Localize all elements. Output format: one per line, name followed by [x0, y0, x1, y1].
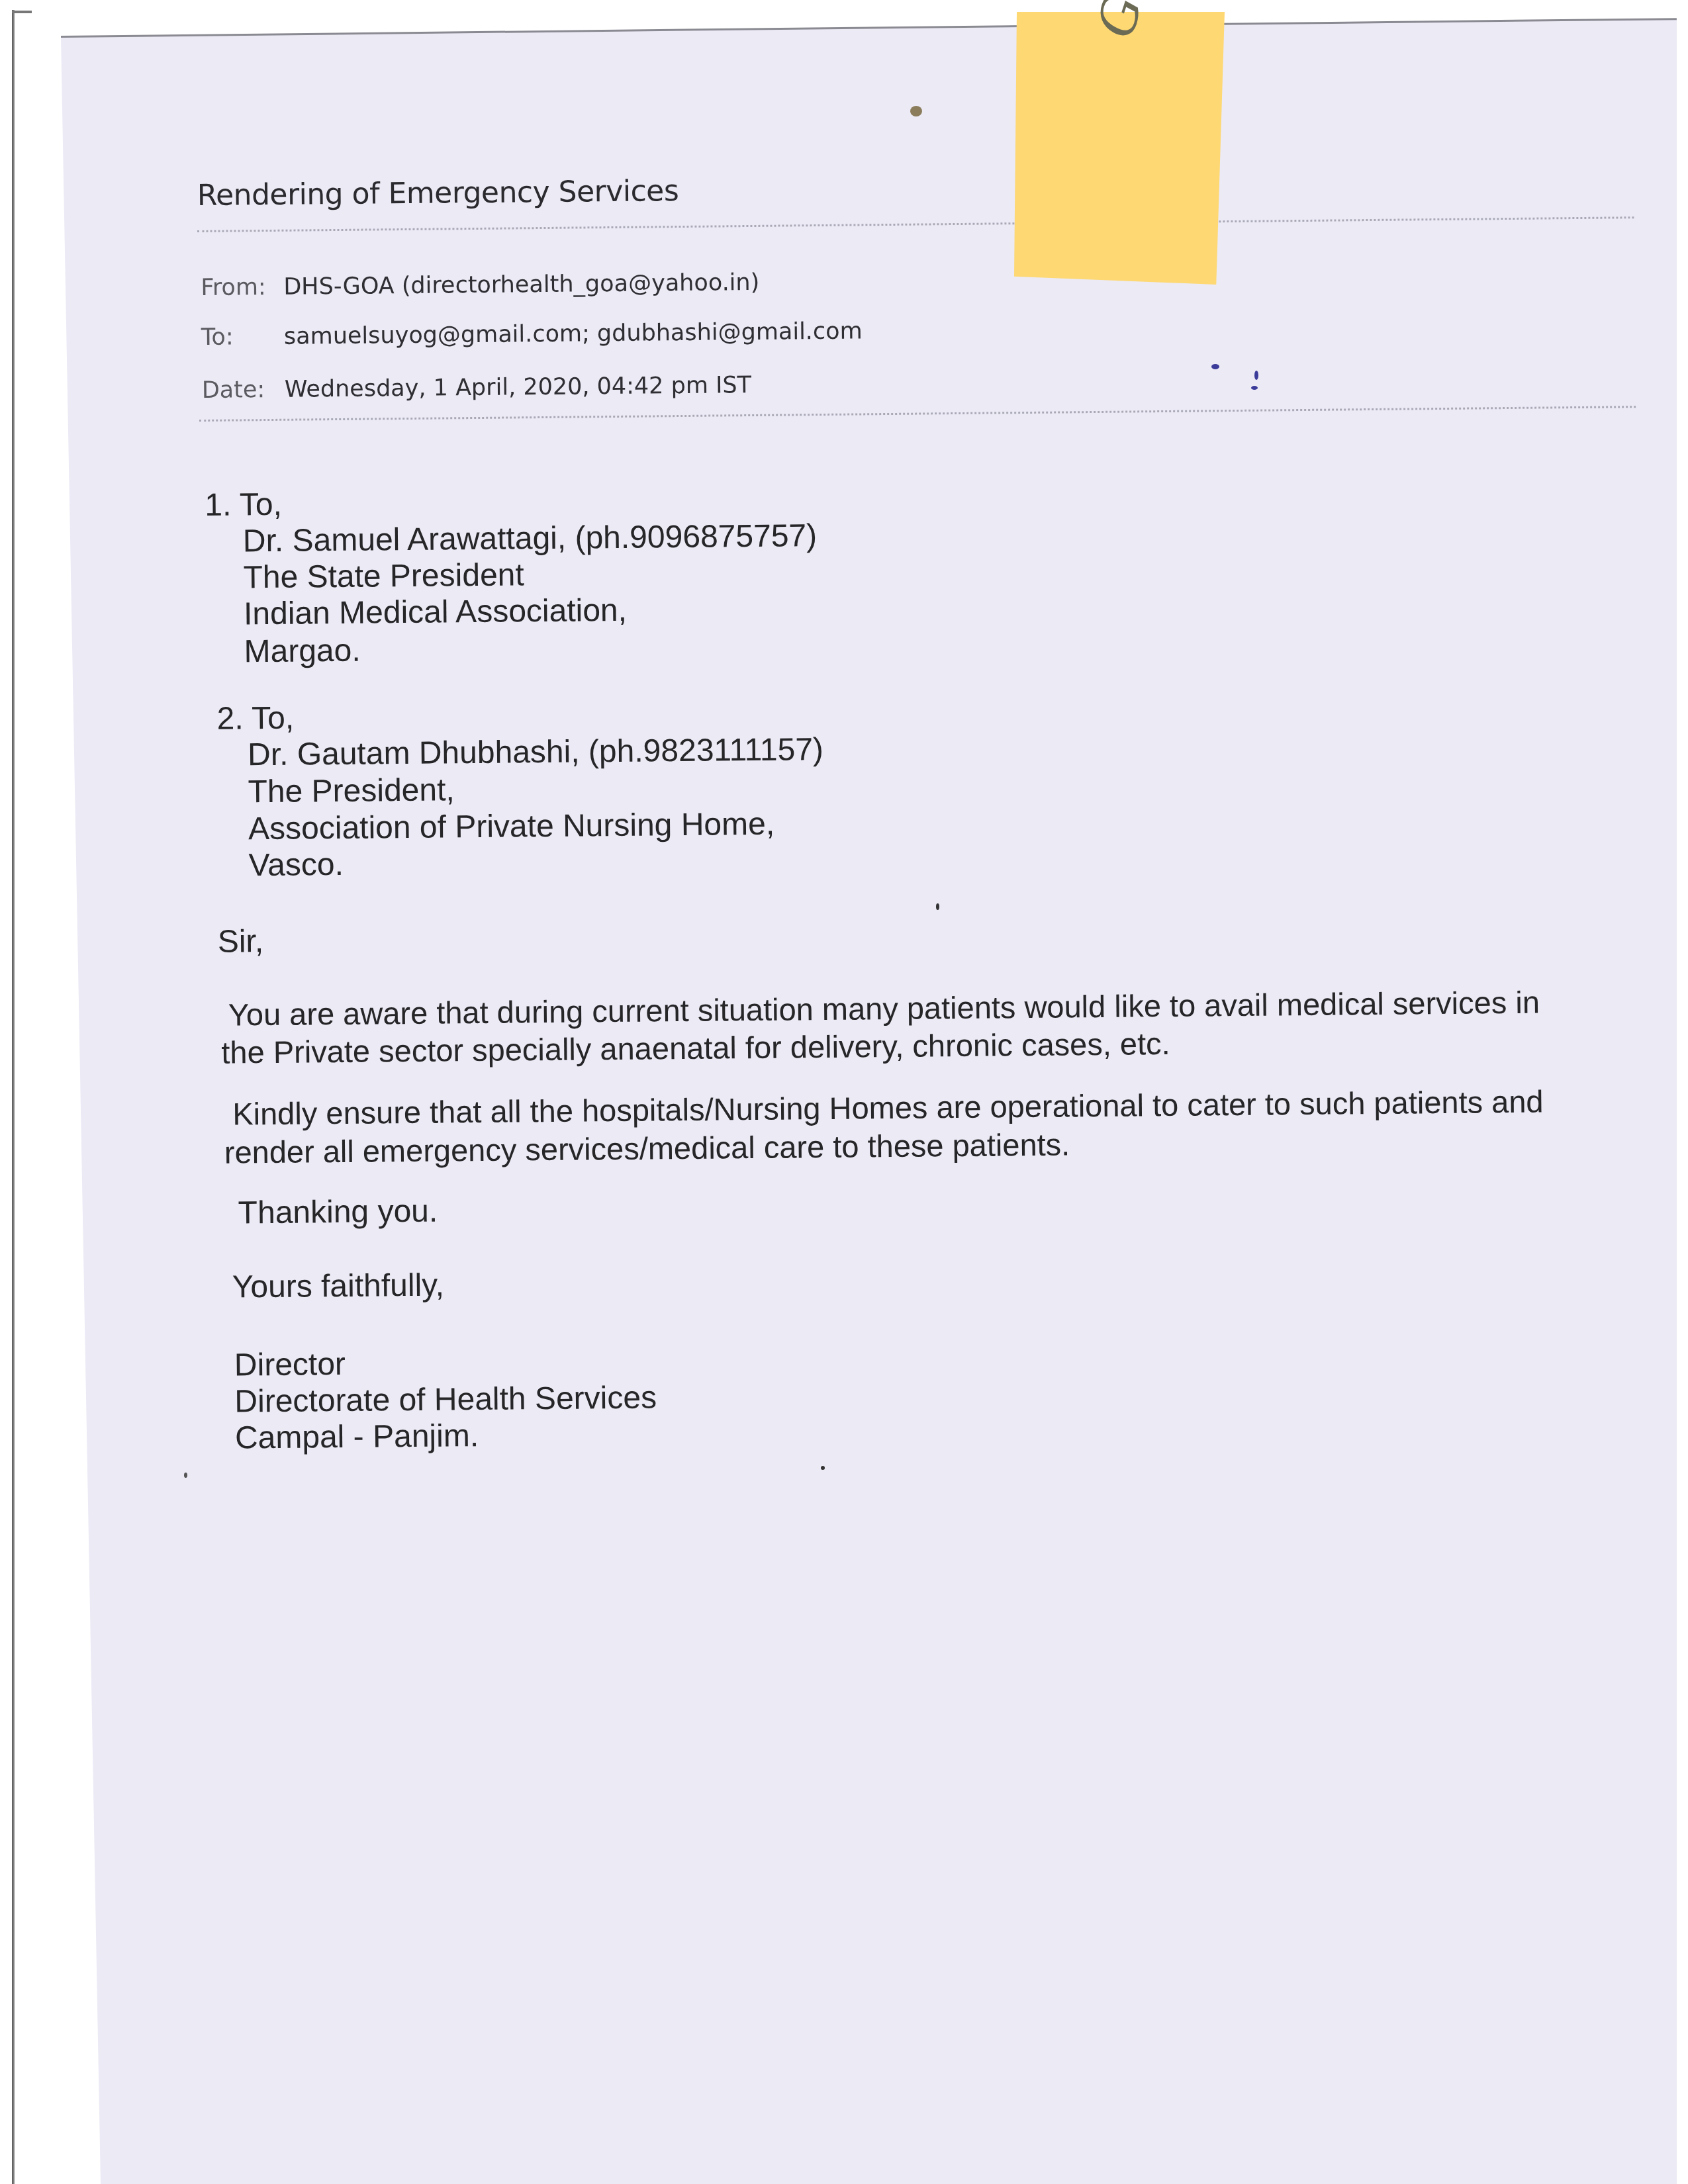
- thanks-line: Thanking you.: [238, 1196, 438, 1230]
- signature-department: Directorate of Health Services: [234, 1382, 657, 1418]
- date-label: Date:: [202, 377, 285, 404]
- email-from-row: From:DHS-GOA (directorhealth_goa@yahoo.i…: [201, 269, 759, 301]
- sticky-note: [1014, 12, 1225, 285]
- recipient-1-organisation: Indian Medical Association,: [244, 595, 627, 631]
- scan-speck: [910, 106, 922, 116]
- email-date-row: Date:Wednesday, 1 April, 2020, 04:42 pm …: [202, 372, 752, 404]
- ink-speck: [1211, 364, 1219, 369]
- salutation: Sir,: [218, 926, 264, 958]
- recipient-1-title: The State President: [243, 559, 524, 594]
- paragraph-1-line-2: the Private sector specially anaenatal f…: [221, 1028, 1170, 1068]
- recipient-2-name: Dr. Gautam Dhubhashi, (ph.9823111157): [248, 734, 823, 771]
- ink-speck: [821, 1466, 825, 1470]
- ink-speck: [184, 1473, 187, 1478]
- paragraph-1-line-1: You are aware that during current situat…: [228, 987, 1540, 1030]
- recipient-2-title: The President,: [248, 774, 455, 808]
- recipient-2-organisation: Association of Private Nursing Home,: [248, 809, 774, 846]
- date-value: Wednesday, 1 April, 2020, 04:42 pm IST: [285, 372, 752, 403]
- ink-speck: [1254, 371, 1258, 380]
- recipient-2-place: Vasco.: [248, 849, 344, 882]
- ink-speck: [936, 903, 939, 910]
- recipient-2-number: 2. To,: [216, 703, 294, 735]
- header-divider-top: [197, 216, 1634, 232]
- recipient-1-place: Margao.: [244, 635, 361, 668]
- letter-page: Rendering of Emergency Services From:DHS…: [0, 0, 1688, 2184]
- recipient-1-number: 1. To,: [205, 489, 282, 522]
- email-subject: Rendering of Emergency Services: [197, 174, 679, 212]
- from-value: DHS-GOA (directorhealth_goa@yahoo.in): [283, 269, 759, 300]
- header-divider-bottom: [199, 406, 1636, 422]
- ink-speck: [1251, 386, 1258, 390]
- signature-title: Director: [234, 1349, 346, 1382]
- closing-line: Yours faithfully,: [232, 1270, 445, 1304]
- paragraph-2-line-2: render all emergency services/medical ca…: [224, 1128, 1070, 1167]
- to-label: To:: [201, 324, 284, 351]
- recipient-1-name: Dr. Samuel Arawattagi, (ph.9096875757): [243, 520, 818, 557]
- email-to-row: To:samuelsuyog@gmail.com; gdubhashi@gmai…: [201, 318, 863, 351]
- to-value: samuelsuyog@gmail.com; gdubhashi@gmail.c…: [284, 318, 863, 349]
- from-label: From:: [201, 274, 283, 301]
- signature-location: Campal - Panjim.: [235, 1420, 479, 1455]
- paragraph-2-line-1: Kindly ensure that all the hospitals/Nur…: [232, 1086, 1544, 1130]
